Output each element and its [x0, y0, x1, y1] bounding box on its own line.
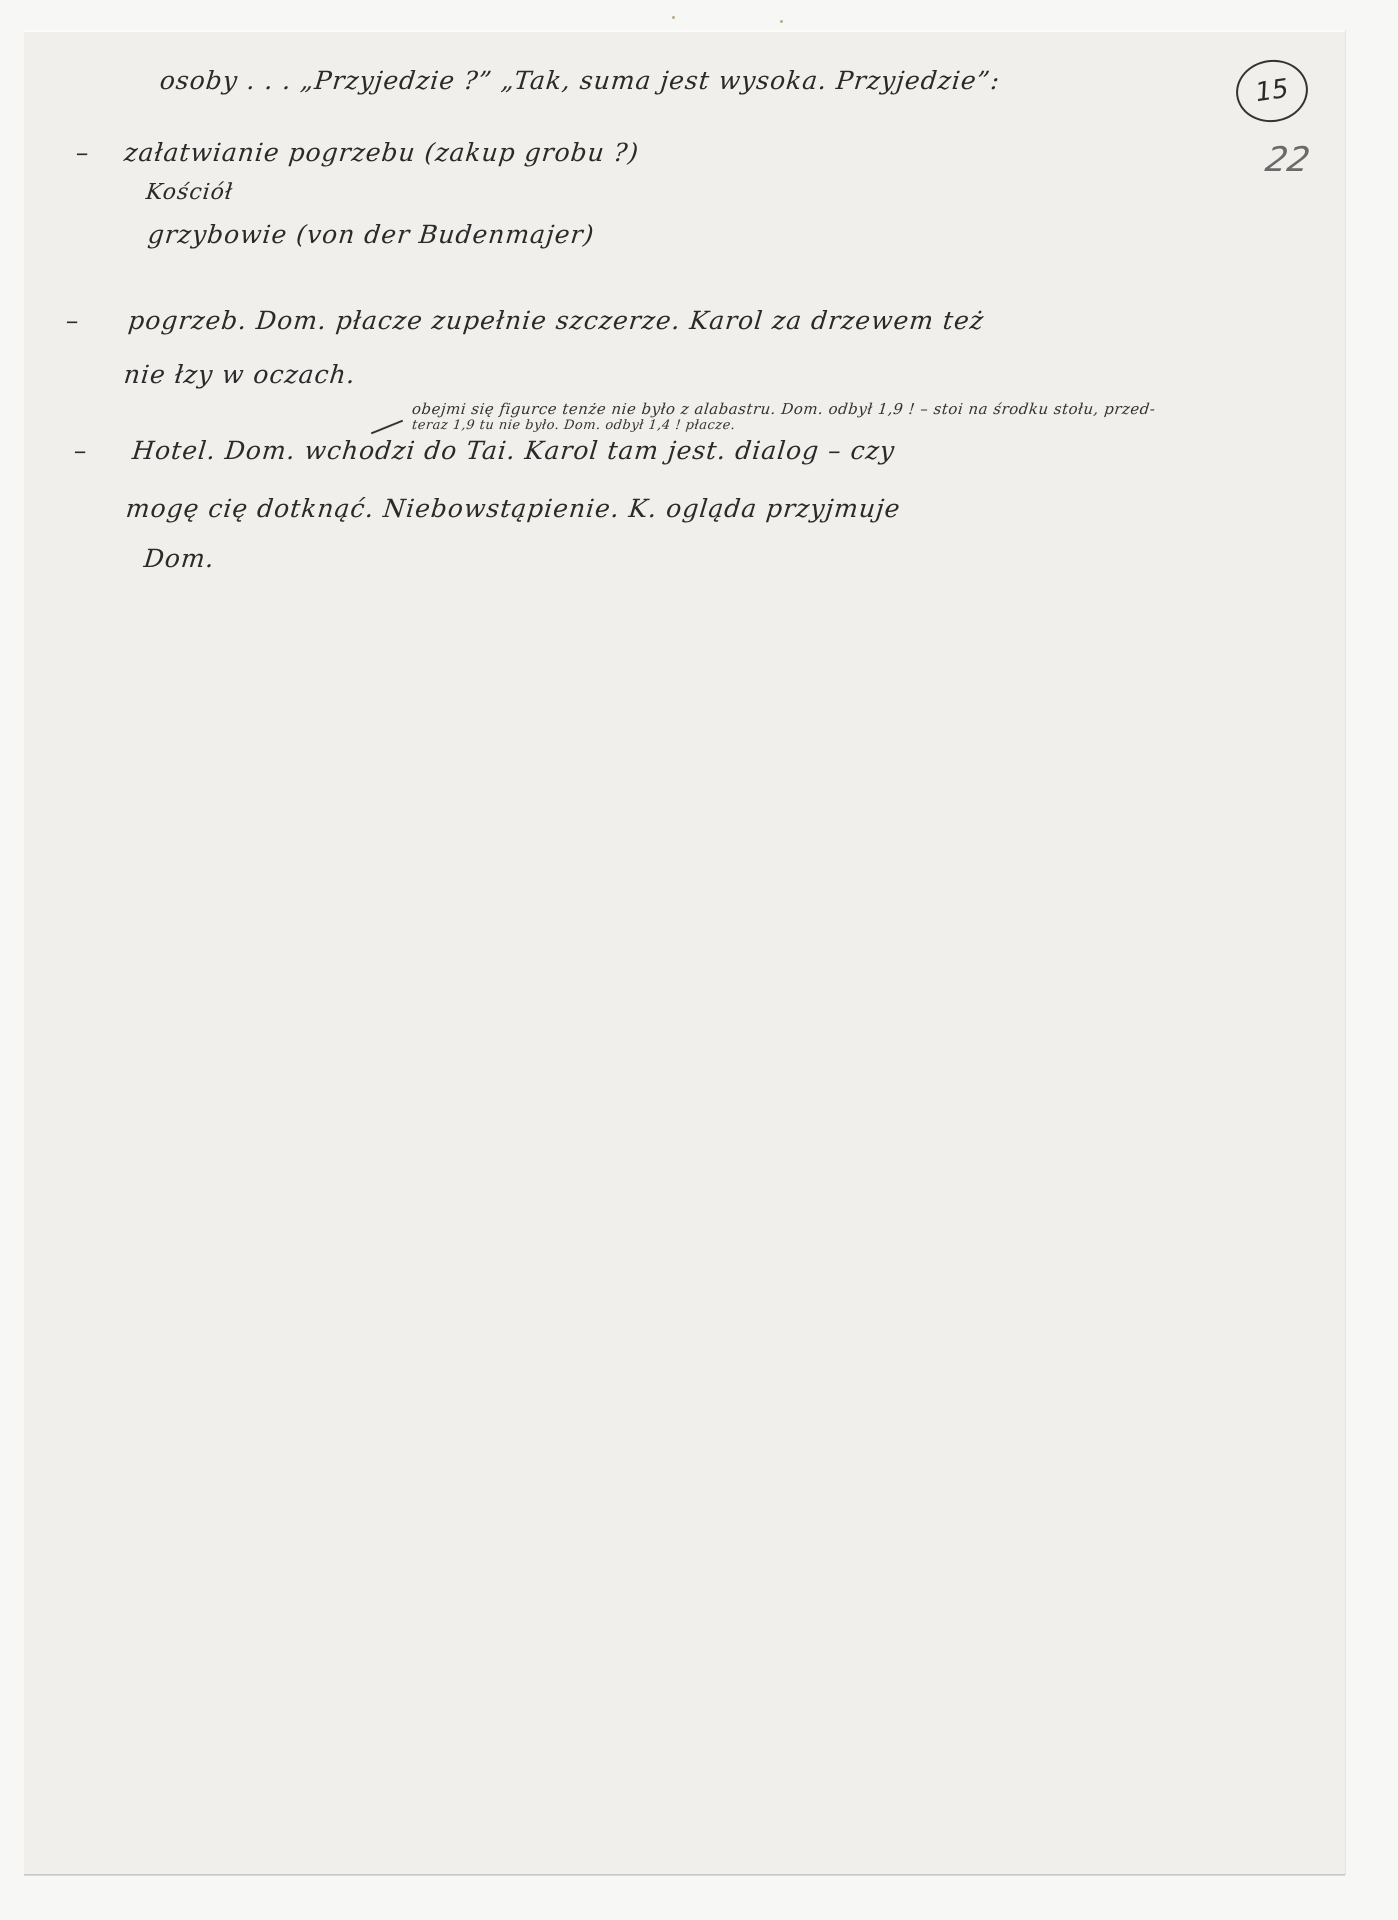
manuscript-line-7: – Hotel. Dom. wchodzi do Tai. Karol tam … [72, 436, 896, 465]
line-text: mogę cię dotknąć. Niebowstąpienie. K. og… [124, 494, 902, 523]
manuscript-line-3: Kościół [145, 180, 235, 205]
interlinear-insertion-2: teraz 1,9 tu nie było. Dom. odbył 1,4 ! … [411, 418, 736, 433]
bullet-dash: – [64, 306, 81, 335]
manuscript-line-8: mogę cię dotknąć. Niebowstąpienie. K. og… [124, 494, 902, 523]
page-number-pencil: 22 [1262, 140, 1312, 180]
manuscript-line-5: – pogrzeb. Dom. płacze zupełnie szczerze… [64, 306, 985, 335]
insertion-text: teraz 1,9 tu nie było. Dom. odbył 1,4 ! … [411, 418, 736, 433]
line-text: osoby . . . „Przyjedzie ?” „Tak, suma je… [158, 66, 1001, 95]
interlinear-insertion-1: obejmi się figurce tenże nie było z alab… [411, 400, 1156, 418]
manuscript-line-9: Dom. [142, 544, 216, 573]
manuscript-line-6: nie łzy w oczach. [122, 360, 357, 389]
insertion-text: obejmi się figurce tenże nie było z alab… [411, 400, 1156, 418]
line-text: Kościół [145, 180, 235, 205]
manuscript-line-1: osoby . . . „Przyjedzie ?” „Tak, suma je… [158, 66, 1001, 95]
line-text: Hotel. Dom. wchodzi do Tai. Karol tam je… [131, 436, 897, 465]
bullet-dash: – [74, 138, 91, 167]
line-text: Dom. [142, 544, 216, 573]
line-text: pogrzeb. Dom. płacze zupełnie szczerze. … [127, 306, 986, 335]
manuscript-line-2: – załatwianie pogrzebu (zakup grobu ?) [74, 138, 640, 167]
line-text: nie łzy w oczach. [122, 360, 357, 389]
paper-speck [780, 20, 783, 23]
line-text: grzybowie (von der Budenmajer) [146, 220, 595, 249]
page-number-circled-text: 15 [1254, 74, 1291, 108]
paper-speck [672, 16, 675, 19]
line-text: załatwianie pogrzebu (zakup grobu ?) [123, 138, 641, 167]
manuscript-line-4: grzybowie (von der Budenmajer) [146, 220, 595, 249]
bullet-dash: – [72, 436, 89, 465]
